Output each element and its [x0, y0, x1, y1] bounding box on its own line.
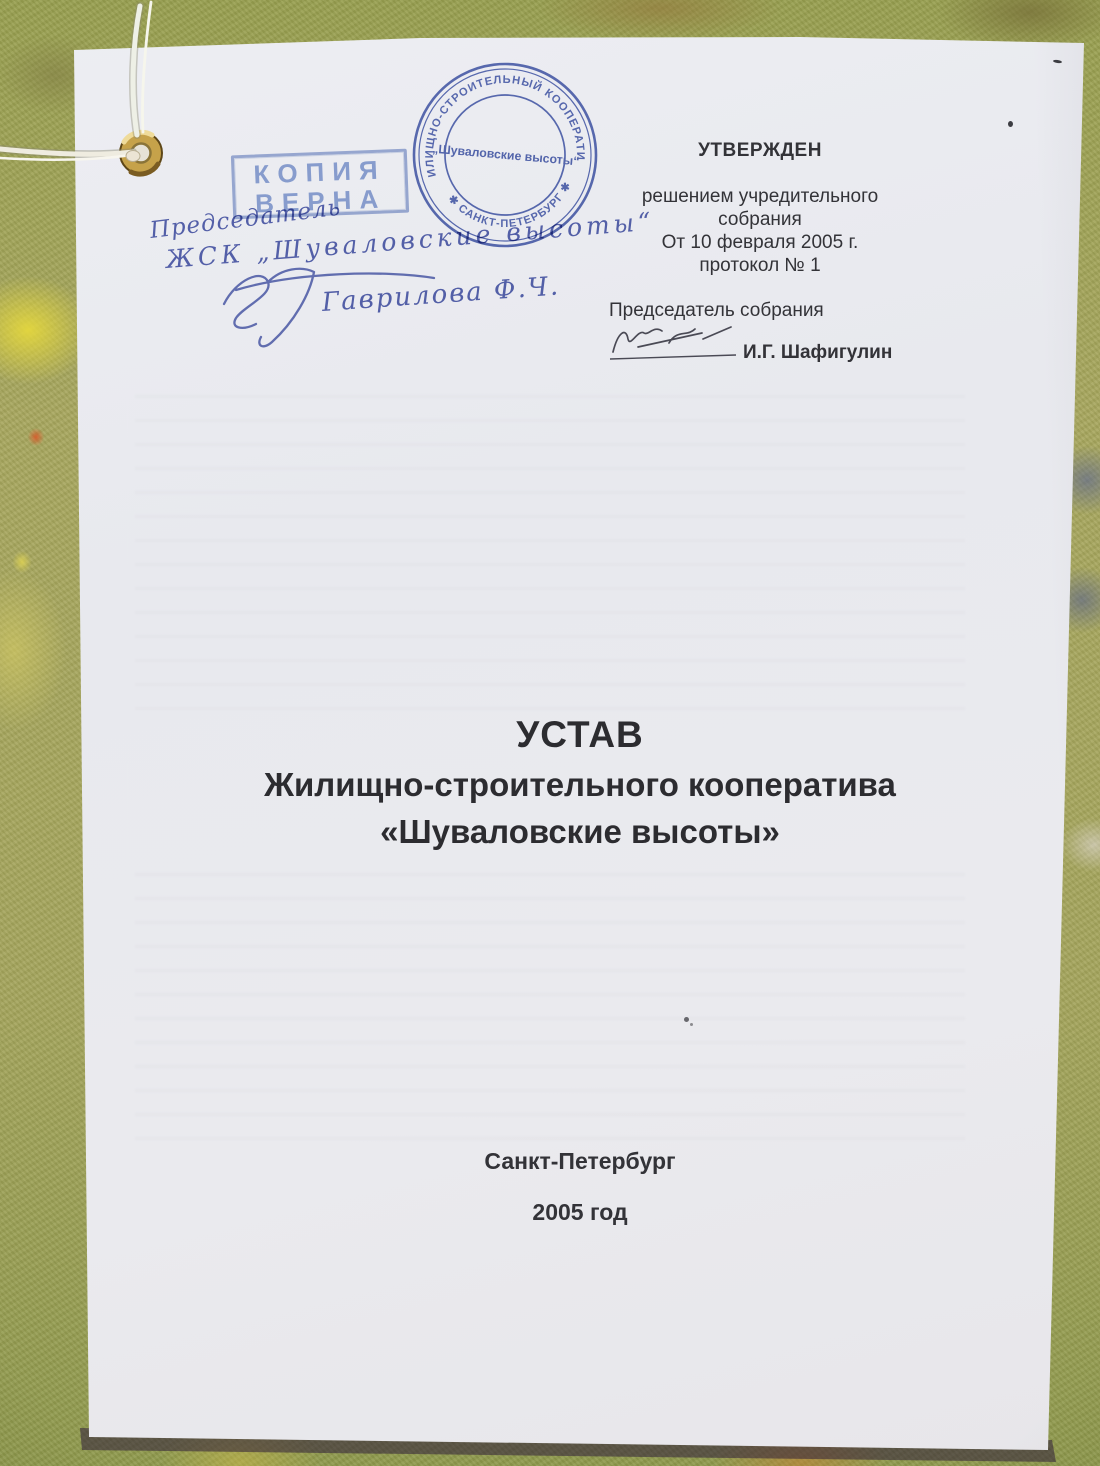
- photo-of-charter-title-page: УТВЕРЖДЕН решением учредительного собран…: [0, 0, 1100, 1466]
- binding-string-and-grommet: [0, 0, 1100, 1466]
